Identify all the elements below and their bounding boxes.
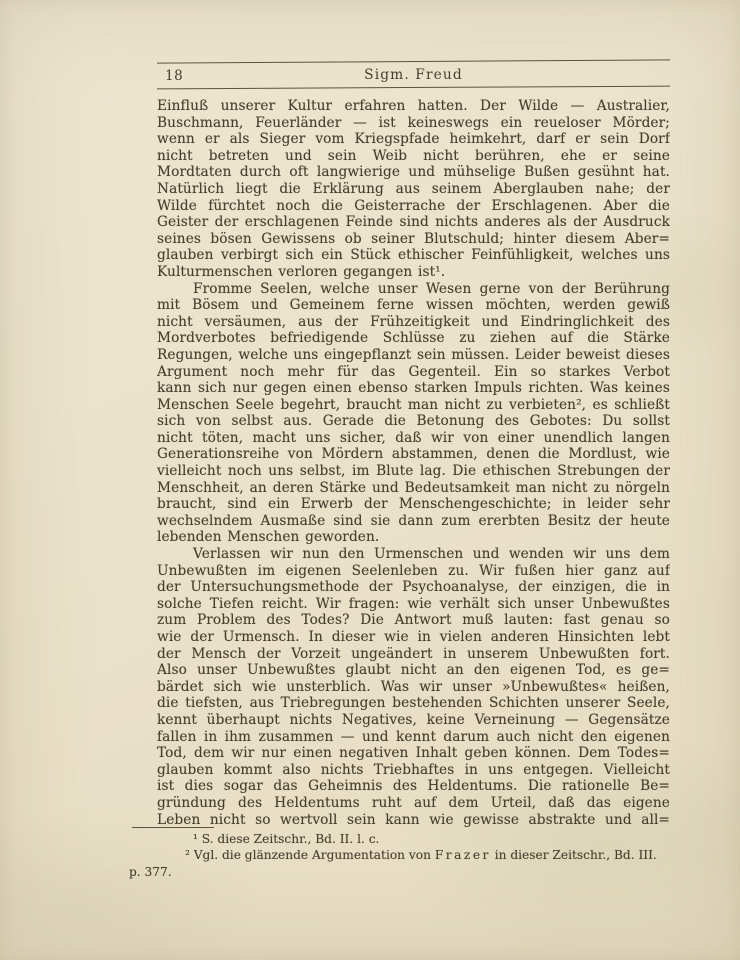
footnote-separator <box>132 827 214 828</box>
footnote-2-author: Frazer <box>435 848 491 862</box>
text-line: glauben kommt also nichts Triebhaftes in… <box>157 762 670 779</box>
header-rule-bottom <box>157 86 670 90</box>
text-line: mit Bösem und Gemeinem ferne wissen möch… <box>157 297 670 314</box>
text-line: Also unser Unbewußtes glaubt nicht an de… <box>157 662 670 679</box>
text-line: Kulturmenschen verloren gegangen ist¹. <box>157 264 670 281</box>
text-line: die tiefsten, aus Triebregungen bestehen… <box>157 695 670 712</box>
text-line: nicht töten, macht uns sicher, daß wir v… <box>157 430 670 447</box>
footnote-2: ² Vgl. die glänzende Argumentation von F… <box>157 847 675 863</box>
text-line: wie der Urmensch. In dieser wie in viele… <box>157 629 670 646</box>
text-line: Generationsreihe von Mördern abstammen, … <box>157 446 670 463</box>
page-header: 18 Sigm. Freud <box>157 61 670 89</box>
text-line: ist dies sogar das Geheimnis des Heldent… <box>157 778 670 795</box>
text-line: seines bösen Gewissens ob seiner Blutsch… <box>157 231 670 248</box>
text-line: zum Problem des Todes? Die Antwort muß l… <box>157 612 670 629</box>
text-line: glauben verbirgt sich ein Stück ethische… <box>157 247 670 264</box>
text-line: solche Tiefen reicht. Wir fragen: wie ve… <box>157 596 670 613</box>
text-line: Mordtaten durch oft langwierige und mühs… <box>157 164 670 181</box>
scanned-book-page: 18 Sigm. Freud Einfluß unserer Kultur er… <box>0 0 740 960</box>
text-line: braucht, sind ein Erwerb der Menschenges… <box>157 496 670 513</box>
text-line: Fromme Seelen, welche unser Wesen gerne … <box>157 281 670 298</box>
text-line: kann sich nur gegen einen ebenso starken… <box>157 380 670 397</box>
text-line: Verlassen wir nun den Urmenschen und wen… <box>157 546 670 563</box>
text-line: Unbewußten im eigenen Seelenleben zu. Wi… <box>157 563 670 580</box>
text-line: kennt überhaupt nichts Negatives, keine … <box>157 712 670 729</box>
text-line: vielleicht noch uns selbst, im Blute lag… <box>157 463 670 480</box>
text-line: Regungen, welche uns eingepflanzt sein m… <box>157 347 670 364</box>
text-line: Mordverbotes befriedigende Schlüsse zu z… <box>157 330 670 347</box>
text-line: Buschmann, Feuerländer — ist keineswegs … <box>157 115 670 132</box>
text-line: wechselndem Ausmaße sind sie dann zum er… <box>157 513 670 530</box>
text-line: nicht betreten und sein Weib nicht berüh… <box>157 148 670 165</box>
text-line: wenn er als Sieger vom Kriegspfade heimk… <box>157 131 670 148</box>
footnote-1: ¹ S. diese Zeitschr., Bd. II. l. c. <box>157 831 675 847</box>
running-head: Sigm. Freud <box>157 67 670 83</box>
text-line: gründung des Heldentums ruht auf dem Urt… <box>157 795 670 812</box>
text-line: Geister der erschlagenen Feinde sind nic… <box>157 214 670 231</box>
text-line: Wilde fürchtet noch die Geisterrache der… <box>157 198 670 215</box>
footnote-2-continuation: p. 377. <box>129 864 675 880</box>
footnote-2-text-end: in dieser Zeitschr., Bd. III. <box>491 848 657 862</box>
text-line: Leben nicht so wertvoll sein kann wie ge… <box>157 812 670 829</box>
text-line: Tod, dem wir nur einen negativen Inhalt … <box>157 745 670 762</box>
header-rule-top <box>157 59 670 63</box>
text-line: nicht versäumen, aus der Frühzeitigkeit … <box>157 314 670 331</box>
text-line: bärdet sich wie unsterblich. Was wir uns… <box>157 679 670 696</box>
text-line: Einfluß unserer Kultur erfahren hatten. … <box>157 98 670 115</box>
body-text: Einfluß unserer Kultur erfahren hatten. … <box>157 98 670 828</box>
text-line: Argument noch mehr für das Gegenteil. Ei… <box>157 364 670 381</box>
text-line: Menschheit, an deren Stärke und Bedeutsa… <box>157 480 670 497</box>
text-line: fallen in ihm zusammen — und kennt darum… <box>157 729 670 746</box>
text-line: Natürlich liegt die Erklärung aus seinem… <box>157 181 670 198</box>
footnote-2-text: ² Vgl. die glänzende Argumentation von <box>185 848 435 862</box>
text-line: der Untersuchungsmethode der Psychoanaly… <box>157 579 670 596</box>
text-line: Menschen Seele begehrt, braucht man nich… <box>157 397 670 414</box>
footnotes: ¹ S. diese Zeitschr., Bd. II. l. c. ² Vg… <box>157 831 675 880</box>
text-line: der Mensch der Vorzeit ungeändert in uns… <box>157 646 670 663</box>
text-line: lebenden Menschen geworden. <box>157 529 670 546</box>
text-line: sich von selbst aus. Gerade die Betonung… <box>157 413 670 430</box>
